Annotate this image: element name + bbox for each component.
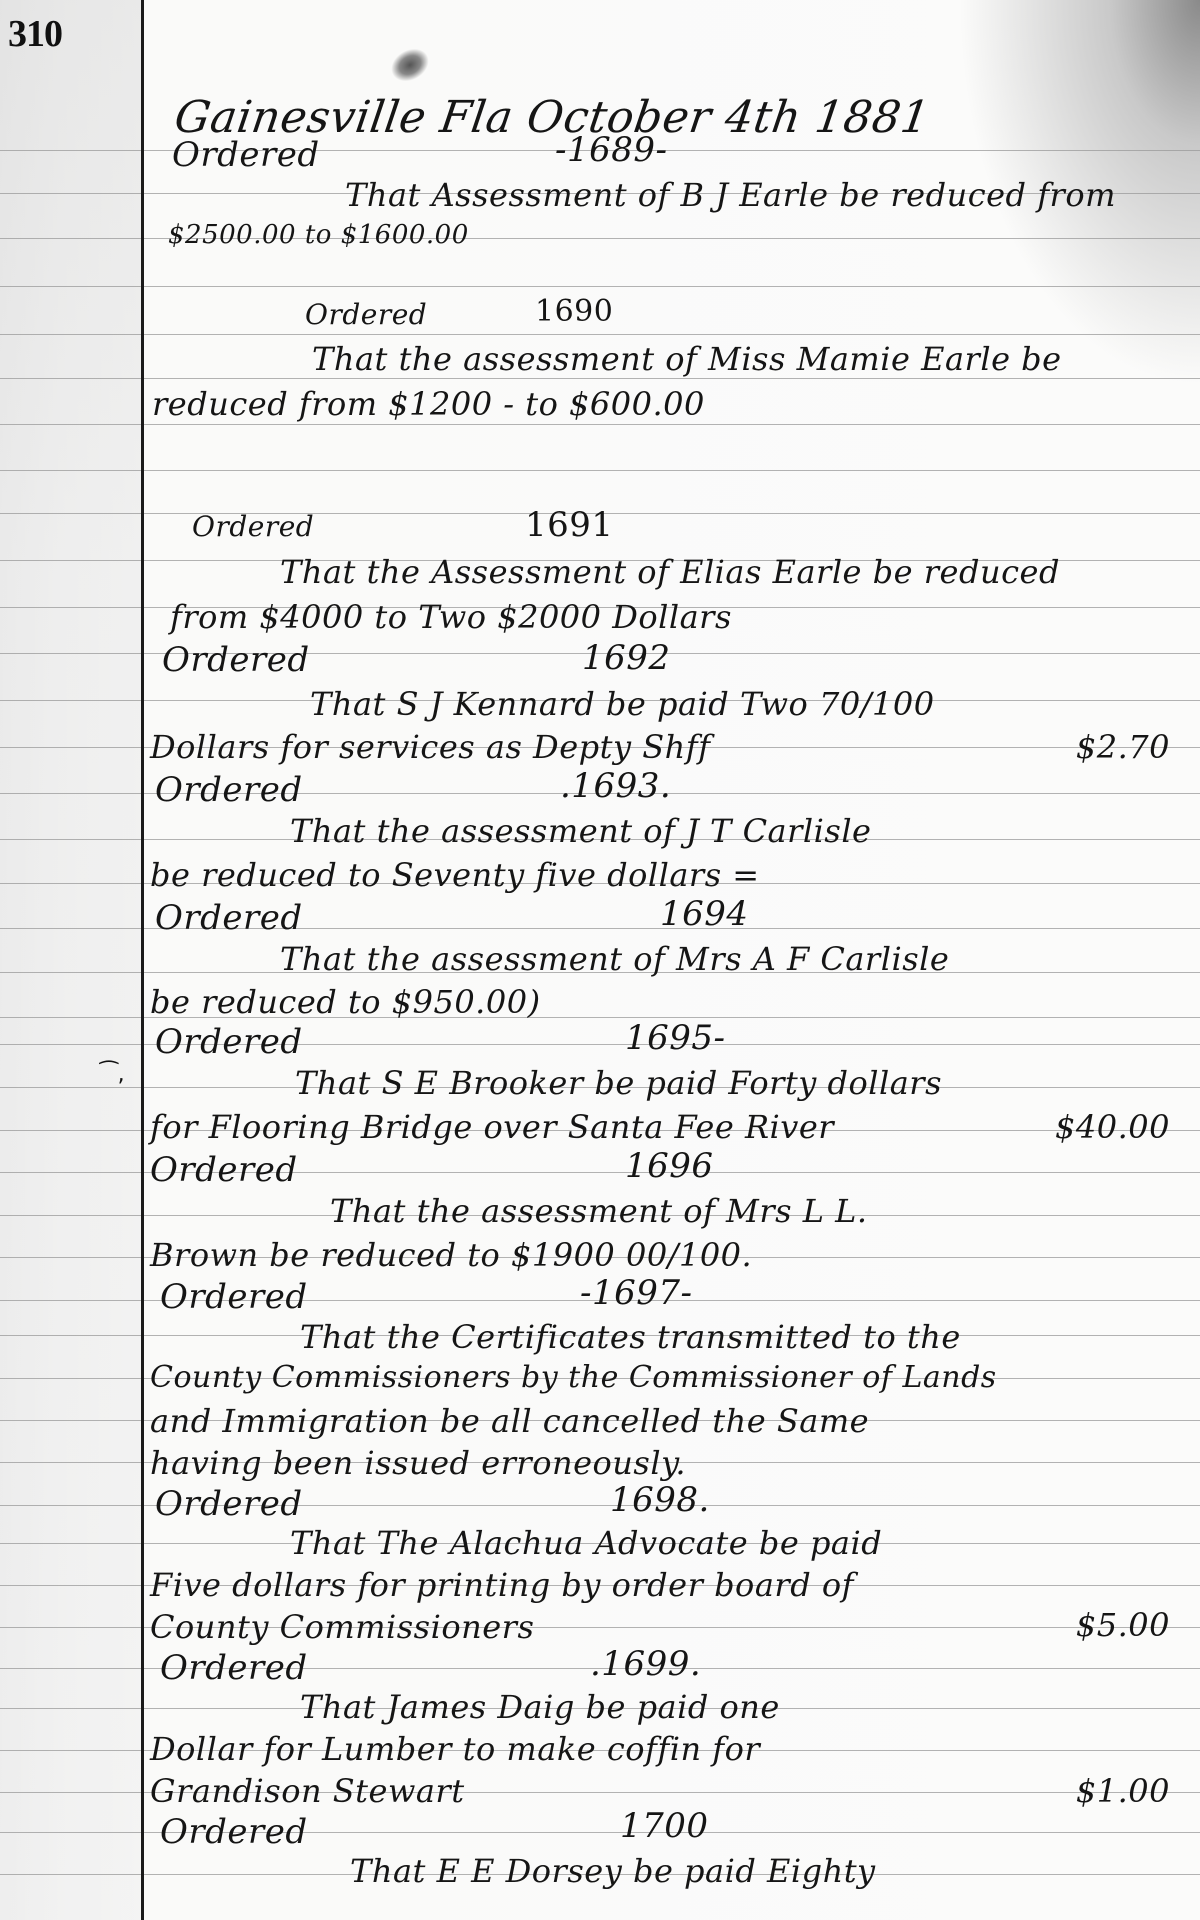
entry-line: That the assessment of Mrs A F Carlisle xyxy=(280,940,949,978)
entry-number: 1691 xyxy=(525,505,614,545)
entry-line: Dollars for services as Depty Shff xyxy=(150,728,710,766)
entry-line: from $4000 to Two $2000 Dollars xyxy=(170,598,732,636)
entry-line: That E E Dorsey be paid Eighty xyxy=(350,1852,876,1890)
entry-label: Ordered xyxy=(192,510,314,543)
entry-number: .1699. xyxy=(590,1644,701,1684)
entry-number: -1689- xyxy=(555,130,668,170)
entry-line: reduced from $1200 - to $600.00 xyxy=(152,385,705,423)
page-number: 310 xyxy=(8,12,62,56)
entry-line: Grandison Stewart xyxy=(150,1772,465,1810)
entry-amount: $1.00 xyxy=(1076,1772,1170,1810)
entry-line: That the assessment of Miss Mamie Earle … xyxy=(312,340,1062,378)
entry-line: That the assessment of Mrs L L. xyxy=(330,1192,868,1230)
entry-amount: $2.70 xyxy=(1076,728,1170,766)
ink-smudge xyxy=(385,42,435,88)
entry-line: County Commissioners by the Commissioner… xyxy=(150,1360,997,1395)
entry-number: 1700 xyxy=(620,1806,709,1846)
entry-number: .1693. xyxy=(560,766,671,806)
entry-line: Brown be reduced to $1900 00/100. xyxy=(150,1236,752,1274)
entry-line: be reduced to $950.00) xyxy=(150,983,541,1021)
entry-label: Ordered xyxy=(155,1484,303,1524)
ruled-line xyxy=(0,286,1200,287)
entry-line: That the assessment of J T Carlisle xyxy=(290,812,871,850)
entry-line: $2500.00 to $1600.00 xyxy=(168,220,469,250)
entry-line: That the Assessment of Elias Earle be re… xyxy=(280,553,1060,591)
ruled-line xyxy=(0,378,1200,379)
entry-number: 1690 xyxy=(535,294,613,329)
entry-number: -1697- xyxy=(580,1273,693,1313)
entry-number: 1694 xyxy=(660,894,749,934)
ruled-line xyxy=(0,334,1200,335)
entry-label: Ordered xyxy=(172,135,320,175)
entry-label: Ordered xyxy=(160,1812,308,1852)
left-margin xyxy=(0,0,142,1920)
entry-line: having been issued erroneously. xyxy=(150,1444,686,1482)
ruled-line xyxy=(0,424,1200,425)
entry-amount: $40.00 xyxy=(1055,1108,1170,1146)
entry-number: 1695- xyxy=(625,1018,726,1058)
entry-line: That Assessment of B J Earle be reduced … xyxy=(345,176,1116,214)
entry-line: Dollar for Lumber to make coffin for xyxy=(150,1730,760,1768)
entry-line: That S E Brooker be paid Forty dollars xyxy=(295,1064,942,1102)
entry-number: 1696 xyxy=(625,1146,714,1186)
entry-line: be reduced to Seventy five dollars = xyxy=(150,856,760,894)
entry-line: That the Certificates transmitted to the xyxy=(300,1318,961,1356)
entry-label: Ordered xyxy=(162,640,310,680)
entry-label: Ordered xyxy=(155,770,303,810)
entry-label: Ordered xyxy=(155,1022,303,1062)
entry-line: That S J Kennard be paid Two 70/100 xyxy=(310,685,935,723)
entry-number: 1692 xyxy=(582,638,671,678)
entry-line: Five dollars for printing by order board… xyxy=(150,1566,854,1604)
entry-label: Ordered xyxy=(160,1648,308,1688)
entry-line: County Commissioners xyxy=(150,1608,534,1646)
entry-label: Ordered xyxy=(155,898,303,938)
entry-label: Ordered xyxy=(160,1277,308,1317)
entry-line: That The Alachua Advocate be paid xyxy=(290,1524,882,1562)
ledger-page: ⁀, 310 Gainesville Fla October 4th 1881 … xyxy=(0,0,1200,1920)
margin-rule xyxy=(141,0,144,1920)
entry-line: That James Daig be paid one xyxy=(300,1688,780,1726)
entry-line: for Flooring Bridge over Santa Fee River xyxy=(150,1108,834,1146)
entry-line: and Immigration be all cancelled the Sam… xyxy=(150,1402,869,1440)
margin-mark-icon: ⁀, xyxy=(100,1062,125,1087)
entry-label: Ordered xyxy=(305,298,427,331)
entry-label: Ordered xyxy=(150,1150,298,1190)
entry-number: 1698. xyxy=(610,1480,710,1520)
entry-amount: $5.00 xyxy=(1076,1606,1170,1644)
ruled-line xyxy=(0,470,1200,471)
